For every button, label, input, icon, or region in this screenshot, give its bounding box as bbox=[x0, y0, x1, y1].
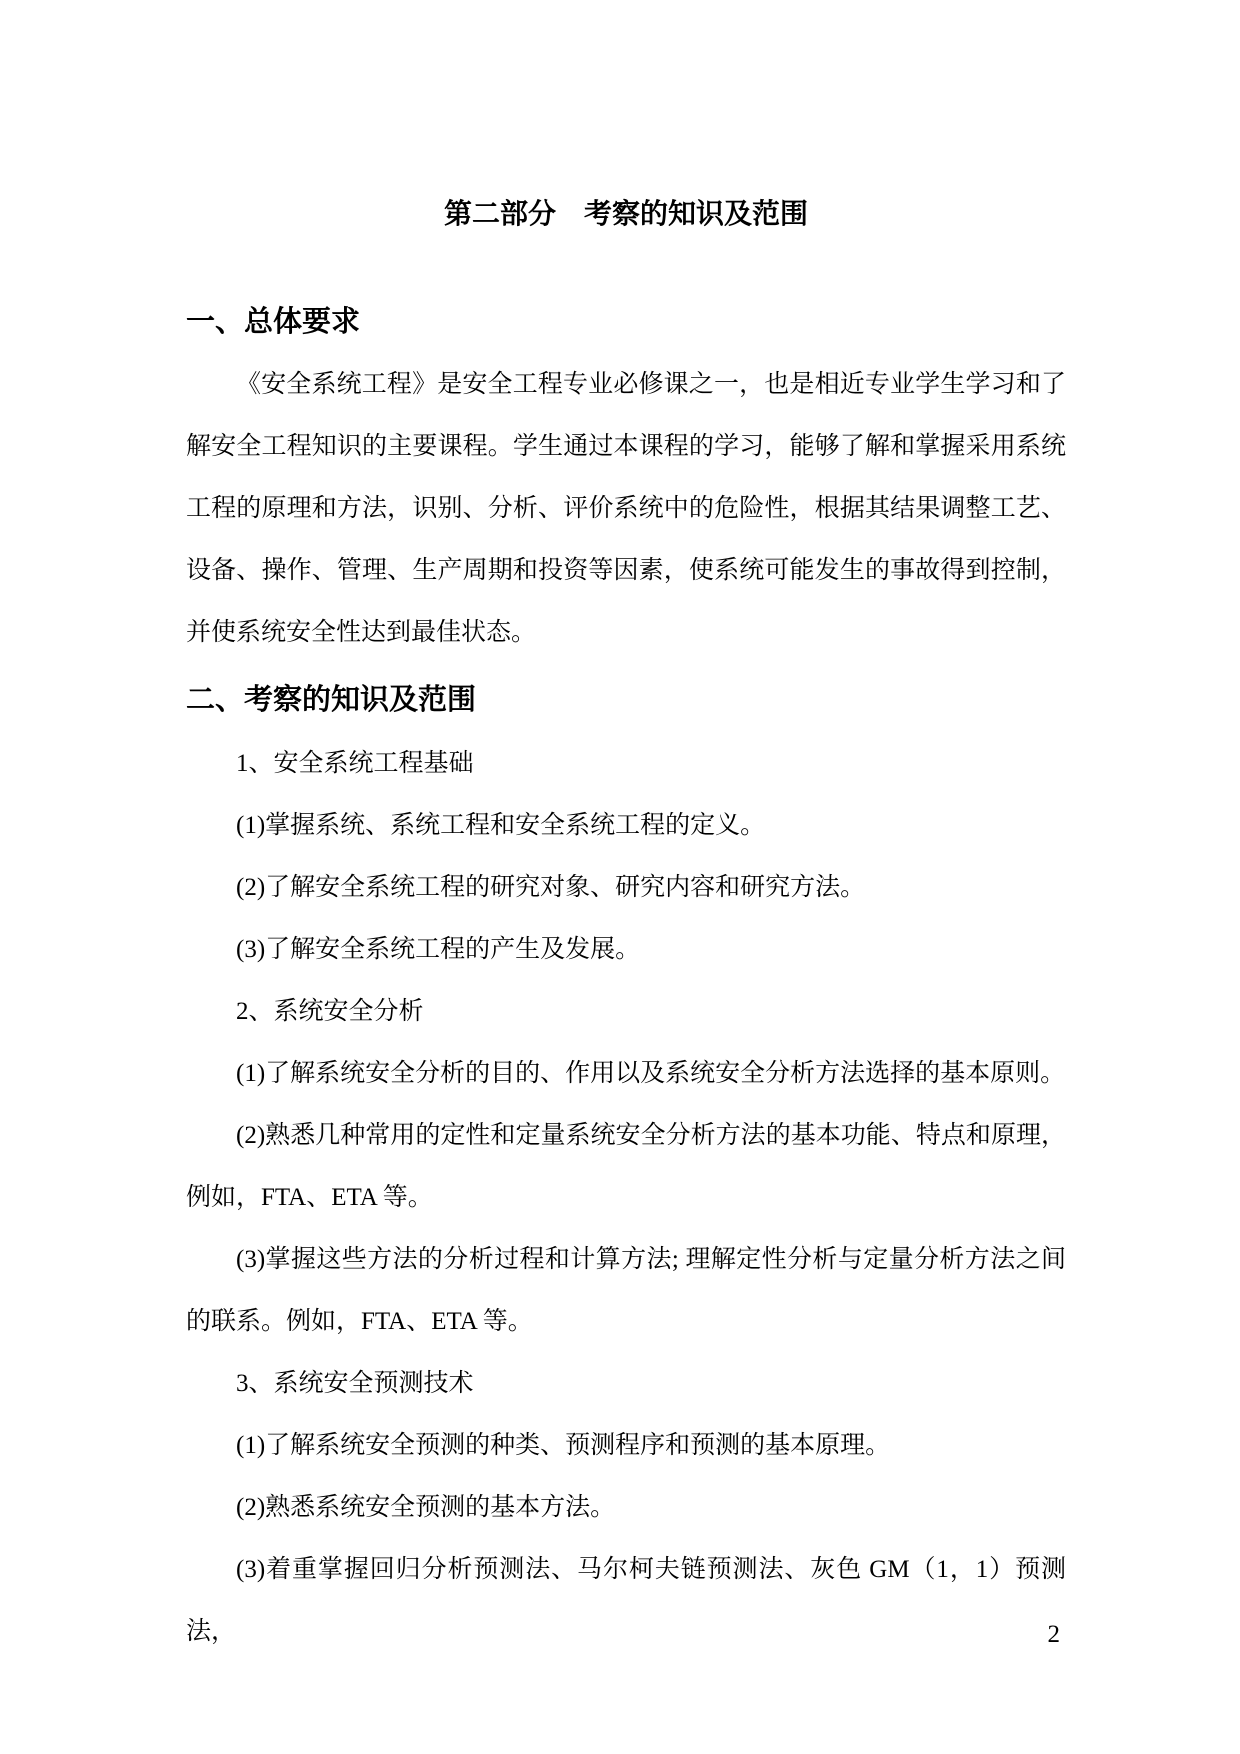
page-content: 第二部分 考察的知识及范围 一、总体要求 《安全系统工程》是安全工程专业必修课之… bbox=[0, 0, 1240, 1663]
list-item-topic-2-point-1: (1)了解系统安全分析的目的、作用以及系统安全分析方法选择的基本原则。 bbox=[186, 1043, 1066, 1105]
section-2-heading: 二、考察的知识及范围 bbox=[186, 680, 1066, 720]
list-item-topic-2: 2、系统安全分析 bbox=[186, 981, 1066, 1043]
list-item-topic-2-point-3: (3)掌握这些方法的分析过程和计算方法; 理解定性分析与定量分析方法之间的联系。… bbox=[186, 1229, 1066, 1353]
section-1-heading: 一、总体要求 bbox=[186, 302, 1066, 342]
list-item-topic-1-point-2: (2)了解安全系统工程的研究对象、研究内容和研究方法。 bbox=[186, 857, 1066, 919]
document-page: 第二部分 考察的知识及范围 一、总体要求 《安全系统工程》是安全工程专业必修课之… bbox=[0, 0, 1240, 1754]
list-item-topic-3-point-1: (1)了解系统安全预测的种类、预测程序和预测的基本原理。 bbox=[186, 1415, 1066, 1477]
page-number: 2 bbox=[1048, 1620, 1061, 1650]
page-title: 第二部分 考察的知识及范围 bbox=[186, 196, 1066, 232]
list-item-topic-3: 3、系统安全预测技术 bbox=[186, 1353, 1066, 1415]
overview-paragraph: 《安全系统工程》是安全工程专业必修课之一，也是相近专业学生学习和了解安全工程知识… bbox=[186, 354, 1066, 664]
list-item-topic-1-point-1: (1)掌握系统、系统工程和安全系统工程的定义。 bbox=[186, 795, 1066, 857]
list-item-topic-1: 1、安全系统工程基础 bbox=[186, 733, 1066, 795]
list-item-topic-1-point-3: (3)了解安全系统工程的产生及发展。 bbox=[186, 919, 1066, 981]
list-item-topic-3-point-3: (3)着重掌握回归分析预测法、马尔柯夫链预测法、灰色 GM（1，1）预测法， bbox=[186, 1539, 1066, 1663]
list-item-topic-3-point-2: (2)熟悉系统安全预测的基本方法。 bbox=[186, 1477, 1066, 1539]
knowledge-scope-list: 1、安全系统工程基础 (1)掌握系统、系统工程和安全系统工程的定义。 (2)了解… bbox=[186, 733, 1066, 1663]
list-item-topic-2-point-2: (2)熟悉几种常用的定性和定量系统安全分析方法的基本功能、特点和原理，例如，FT… bbox=[186, 1105, 1066, 1229]
